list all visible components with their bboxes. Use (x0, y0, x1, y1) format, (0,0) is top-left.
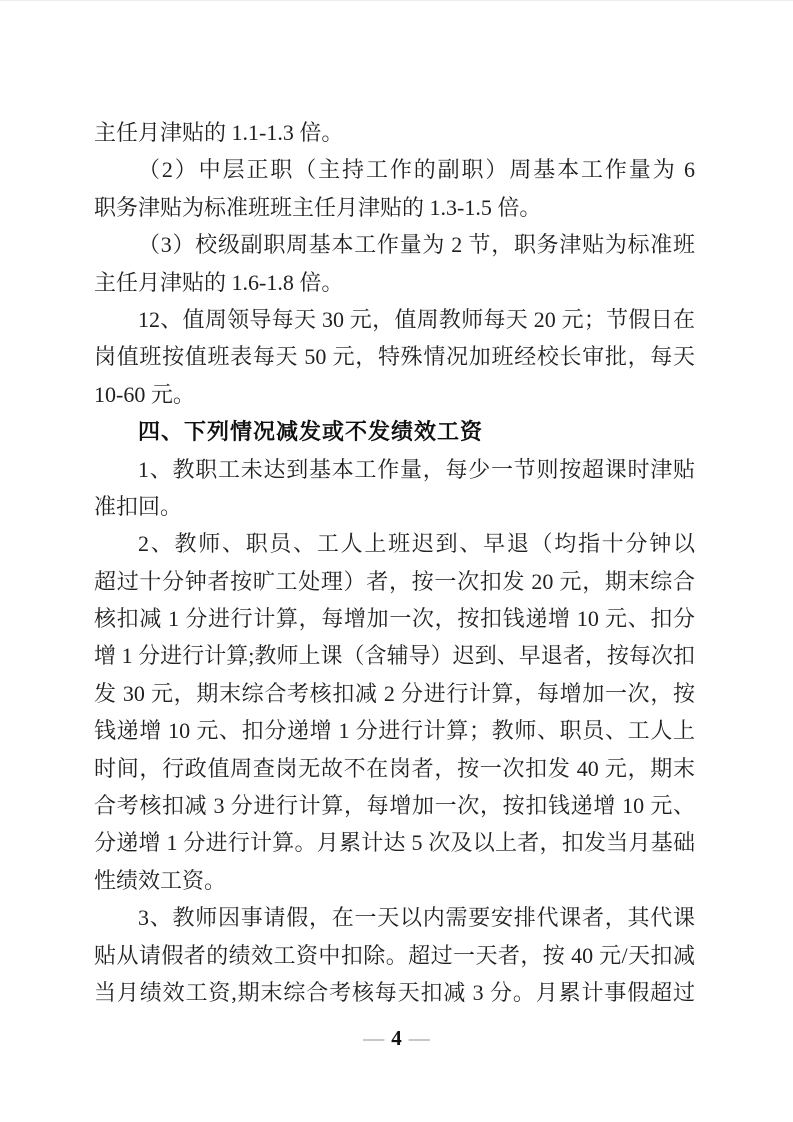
footer-dash-left: — (363, 1026, 384, 1050)
text-line: 发 30 元，期末综合考核扣减 2 分进行计算，每增加一次，按扣 (94, 675, 695, 712)
text-line: 当月绩效工资,期末综合考核每天扣减 3 分。月累计事假超过 15 (94, 974, 695, 1011)
text-line: 10-60 元。 (94, 376, 695, 413)
text-line: 超过十分钟者按旷工处理）者，按一次扣发 20 元，期末综合考 (94, 563, 695, 600)
text-line: 主任月津贴的 1.1-1.3 倍。 (94, 114, 695, 151)
text-line: 增 1 分进行计算;教师上课（含辅导）迟到、早退者，按每次扣 (94, 637, 695, 674)
text-line: 主任月津贴的 1.6-1.8 倍。 (94, 264, 695, 301)
text-line: 准扣回。 (94, 488, 695, 525)
section-heading: 四、下列情况减发或不发绩效工资 (94, 413, 695, 450)
text-line: （3）校级副职周基本工作量为 2 节，职务津贴为标准班班 (94, 226, 695, 263)
page-footer: —4— (0, 1027, 793, 1049)
footer-dash-right: — (409, 1026, 430, 1050)
text-line: 钱递增 10 元、扣分递增 1 分进行计算；教师、职员、工人上班 (94, 712, 695, 749)
text-line: 岗值班按值班表每天 50 元，特殊情况加班经校长审批，每天 (94, 338, 695, 375)
text-line: 2、教师、职员、工人上班迟到、早退（均指十分钟以内， (94, 525, 695, 562)
text-line: 时间，行政值周查岗无故不在岗者，按一次扣发 40 元，期末综 (94, 750, 695, 787)
document-page: 主任月津贴的 1.1-1.3 倍。 （2）中层正职（主持工作的副职）周基本工作量… (0, 0, 793, 1122)
text-line: 职务津贴为标准班班主任月津贴的 1.3-1.5 倍。 (94, 189, 695, 226)
text-line: 12、值周领导每天 30 元，值周教师每天 20 元；节假日在 (94, 301, 695, 338)
text-line: （2）中层正职（主持工作的副职）周基本工作量为 6 节， (94, 151, 695, 188)
text-line: 分递增 1 分进行计算。月累计达 5 次及以上者，扣发当月基础 (94, 824, 695, 861)
text-line: 1、教职工未达到基本工作量，每少一节则按超课时津贴标 (94, 451, 695, 488)
text-line: 合考核扣减 3 分进行计算，每增加一次，按扣钱递增 10 元、扣 (94, 787, 695, 824)
document-body: 主任月津贴的 1.1-1.3 倍。 （2）中层正职（主持工作的副职）周基本工作量… (94, 114, 695, 1011)
text-line: 核扣减 1 分进行计算，每增加一次，按扣钱递增 10 元、扣分递 (94, 600, 695, 637)
text-line: 贴从请假者的绩效工资中扣除。超过一天者，按 40 元/天扣减 (94, 937, 695, 974)
page-number: 4 (391, 1026, 402, 1050)
text-line: 性绩效工资。 (94, 862, 695, 899)
text-line: 3、教师因事请假，在一天以内需要安排代课者，其代课津 (94, 899, 695, 936)
